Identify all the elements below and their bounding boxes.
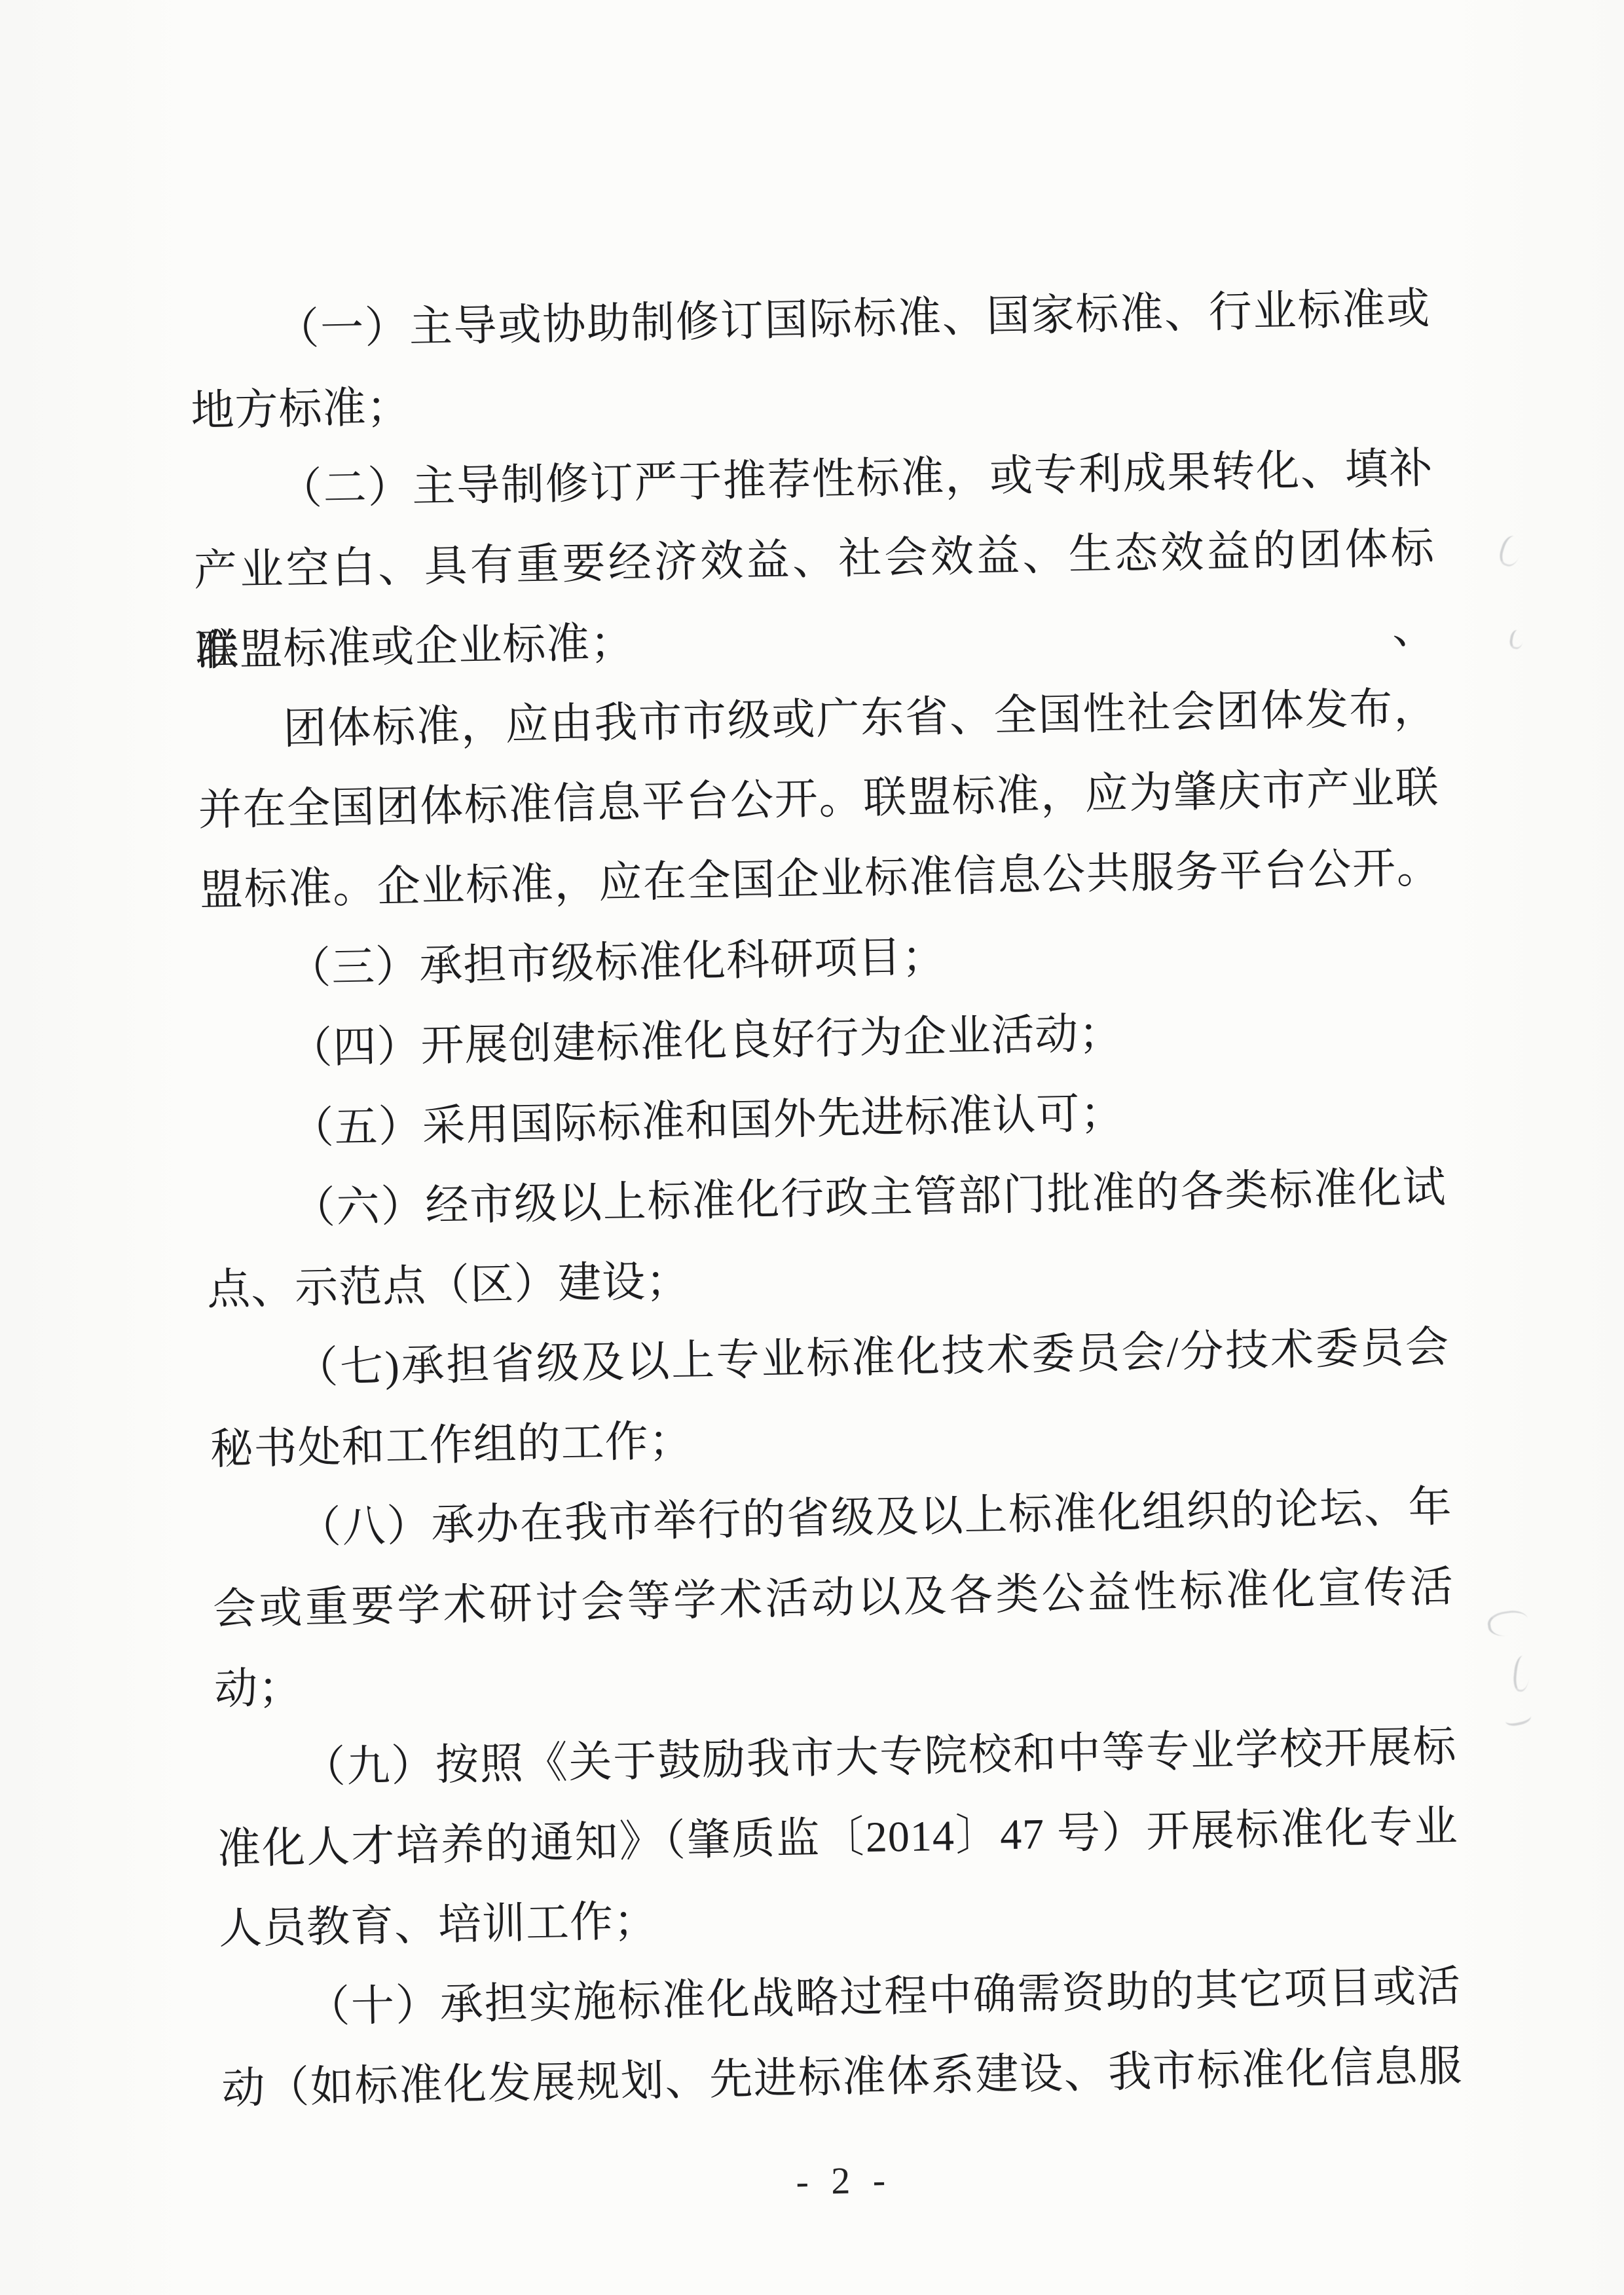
scan-artifact — [1510, 630, 1523, 649]
scan-artifact — [1488, 1611, 1528, 1635]
scanned-document: { "page": { "number": "- 2 -" }, "doc": … — [0, 0, 1624, 2295]
scan-artifact — [1505, 1711, 1531, 1725]
scan-artifact — [1514, 1656, 1530, 1692]
document-body: （一）主导或协助制修订国际标准、国家标准、行业标准或 地方标准； （二）主导制修… — [189, 269, 1464, 2214]
scan-artifact — [1501, 536, 1521, 567]
